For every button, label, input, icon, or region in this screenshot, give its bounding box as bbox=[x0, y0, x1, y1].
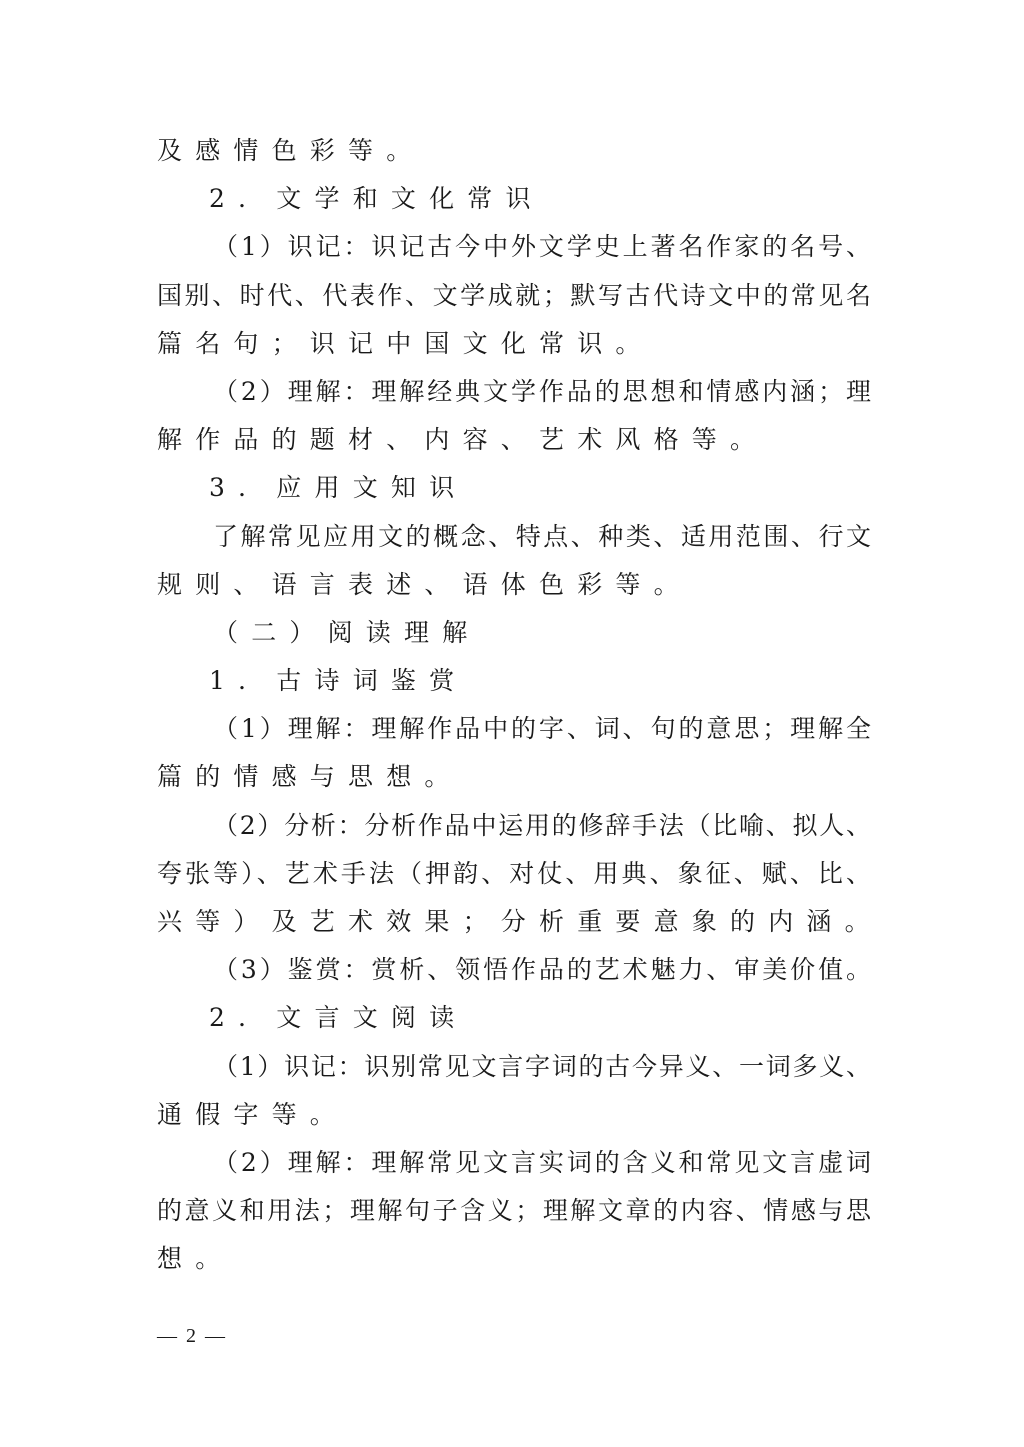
paragraph-line: （1）理解：理解作品中的字、词、句的意思；理解全 bbox=[157, 705, 871, 753]
paragraph-line: （2）理解：理解经典文学作品的思想和情感内涵；理 bbox=[157, 368, 871, 416]
document-page: 及感情色彩等。 2．文学和文化常识 （1）识记：识记古今中外文学史上著名作家的名… bbox=[0, 0, 1024, 1447]
subsection-heading-classical-chinese-reading: 2．文言文阅读 bbox=[157, 994, 871, 1042]
paragraph-line: （1）识记：识记古今中外文学史上著名作家的名号、 bbox=[157, 223, 871, 271]
paragraph-line: 想。 bbox=[157, 1235, 871, 1283]
paragraph-line-continuation: 及感情色彩等。 bbox=[157, 127, 871, 175]
subsection-heading-literature-culture: 2．文学和文化常识 bbox=[157, 175, 871, 223]
paragraph-line: （3）鉴赏：赏析、领悟作品的艺术魅力、审美价值。 bbox=[157, 946, 871, 994]
paragraph-line: 了解常见应用文的概念、特点、种类、适用范围、行文 bbox=[157, 513, 871, 561]
paragraph-line: 的意义和用法；理解句子含义；理解文章的内容、情感与思 bbox=[157, 1187, 871, 1235]
paragraph-line: 篇名句；识记中国文化常识。 bbox=[157, 320, 871, 368]
paragraph-line: 兴等）及艺术效果；分析重要意象的内涵。 bbox=[157, 898, 871, 946]
paragraph-line: （1）识记：识别常见文言字词的古今异义、一词多义、 bbox=[157, 1043, 871, 1091]
paragraph-line: （2）理解：理解常见文言实词的含义和常见文言虚词 bbox=[157, 1139, 871, 1187]
subsection-heading-classical-poetry: 1．古诗词鉴赏 bbox=[157, 657, 871, 705]
section-heading-reading-comprehension: （二）阅读理解 bbox=[157, 609, 871, 657]
paragraph-line: 国别、时代、代表作、文学成就；默写古代诗文中的常见名 bbox=[157, 272, 871, 320]
paragraph-line: 篇的情感与思想。 bbox=[157, 753, 871, 801]
paragraph-line: （2）分析：分析作品中运用的修辞手法（比喻、拟人、 bbox=[157, 802, 871, 850]
paragraph-line: 解作品的题材、内容、艺术风格等。 bbox=[157, 416, 871, 464]
paragraph-line: 规则、语言表述、语体色彩等。 bbox=[157, 561, 871, 609]
subsection-heading-applied-writing: 3．应用文知识 bbox=[157, 464, 871, 512]
document-body: 及感情色彩等。 2．文学和文化常识 （1）识记：识记古今中外文学史上著名作家的名… bbox=[157, 127, 871, 1284]
page-number: — 2 — bbox=[157, 1323, 227, 1349]
paragraph-line: 通假字等。 bbox=[157, 1091, 871, 1139]
paragraph-line: 夸张等）、艺术手法（押韵、对仗、用典、象征、赋、比、 bbox=[157, 850, 871, 898]
